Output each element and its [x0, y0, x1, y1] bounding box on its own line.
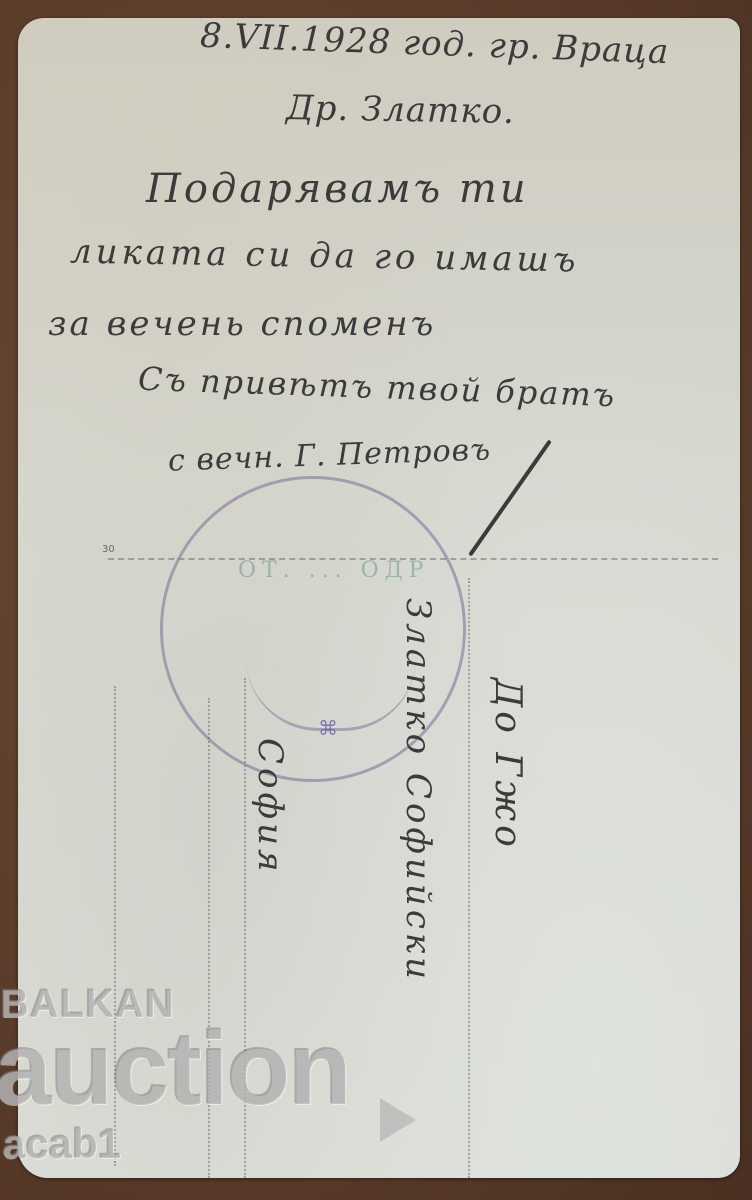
address-city: София [250, 738, 290, 876]
signature: с вечн. Г. Петровъ [167, 432, 491, 478]
greeting-line: Др. Златко. [286, 88, 516, 132]
address-line [468, 578, 470, 1178]
address-recipient: Златко Софийски [398, 598, 438, 983]
date-line: 8.VII.1928 год. гр. Враца [199, 18, 670, 72]
message-line-4: Съ привѣтъ твой братъ [137, 360, 616, 415]
message-line-3: за вечень споменъ [48, 304, 436, 344]
address-to: До Гжо [487, 678, 528, 851]
message-line-1: Подарявамъ ти [146, 166, 529, 212]
message-line-2: ликата си да го имашъ [70, 232, 580, 281]
printed-number: 30 [102, 544, 115, 555]
watermark-play-icon [380, 1098, 416, 1142]
postmark-icon: ⌘ [318, 716, 338, 740]
watermark-user: acab1 [2, 1120, 121, 1168]
watermark-brand-main: auction [0, 1010, 350, 1129]
